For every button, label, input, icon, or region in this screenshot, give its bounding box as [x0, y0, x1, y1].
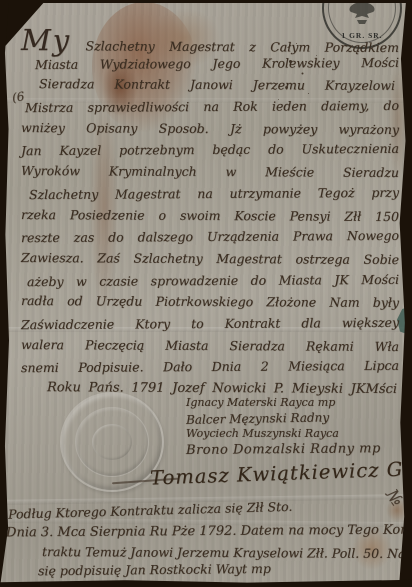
signature-line: Ignacy Materski Rayca mp [186, 395, 401, 411]
manuscript-line: wniżey Opisany Sposob. Jż powyżey wyrażo… [21, 117, 399, 141]
crowned-eagle-icon [345, 0, 379, 26]
document-photo: 1 GR. SR. (6 My Szlachetny Magestrat z C… [0, 0, 412, 587]
manuscript-body: My Szlachetny Magestrat z Całym Porządki… [21, 31, 399, 400]
signature-block: Ignacy Materski Rayca mp Balcer Męzynski… [186, 395, 401, 457]
manuscript-line: Jan Kayzel potrzebnym będąc do Uskuteczn… [21, 138, 399, 162]
manuscript-line: walera Pieczęcią Miasta Sieradza Rękami … [21, 334, 399, 358]
manuscript-line: ażeby w czasie sprowadzenie do Miasta JK… [21, 268, 399, 292]
opening-flourish: My [21, 23, 71, 57]
manuscript-line: rzeka Posiedzenie o swoim Koscie Pensyi … [21, 204, 399, 228]
manuscript-line: reszte zas do dalszego Urządzenia Prawa … [21, 225, 399, 249]
manuscript-line: Zawiesza. Zaś Szlachetny Magestrat ostrz… [21, 247, 399, 271]
embossed-seal-center [92, 424, 132, 460]
manuscript-line: snemi Podpisuie. Dało Dnia 2 Miesiąca Li… [21, 355, 399, 379]
manuscript-line: Sieradza Kontrakt Janowi Jerzemu Krayzel… [21, 73, 399, 97]
manuscript-line: Zaświadczenie Ktory to Kontrakt dla więk… [21, 312, 399, 336]
manuscript-line: My Szlachetny Magestrat z Całym Porządki… [21, 30, 399, 54]
manuscript-line: Mistrza sprawiedliwości na Rok ieden dai… [21, 95, 399, 119]
photo-edge [0, 0, 412, 3]
main-signature: Tomasz Kwiątkiewicz Gminny [150, 457, 412, 489]
signature-line: Woyciech Muszynski Rayca [186, 426, 401, 442]
manuscript-line: Miasta Wydziałowego Jego Krolewskiey Moś… [21, 52, 399, 76]
photo-edge [0, 0, 9, 587]
annotation-line: się podpisuię Jan Rostkocki Wayt mp [38, 561, 288, 579]
embossed-seal [60, 392, 164, 492]
signature-line: Brono Domzalski Radny mp [186, 441, 401, 458]
signature-line: Balcer Męzynski Radny [186, 409, 401, 428]
photo-edge [0, 579, 412, 587]
side-flourish-mark: № [381, 486, 407, 511]
annotation-line: Dnia 3. Mca Sierpnia Ru Pże 1792. Datem … [6, 523, 406, 541]
annotation-line: Podług Ktorego Kontraktu zalicza się Złł… [8, 497, 344, 521]
manuscript-line: radła od Urzędu Piotrkowskiego Złożone N… [21, 290, 399, 314]
manuscript-line: Wyroków Kryminalnych w Mieście Sieradzu [21, 160, 399, 184]
annotation-line: traktu Temuż Janowi Jerzemu Krayselowi Z… [42, 544, 404, 561]
manuscript-line: Szlachetny Magestrat na utrzymanie Tegoż… [21, 182, 399, 206]
